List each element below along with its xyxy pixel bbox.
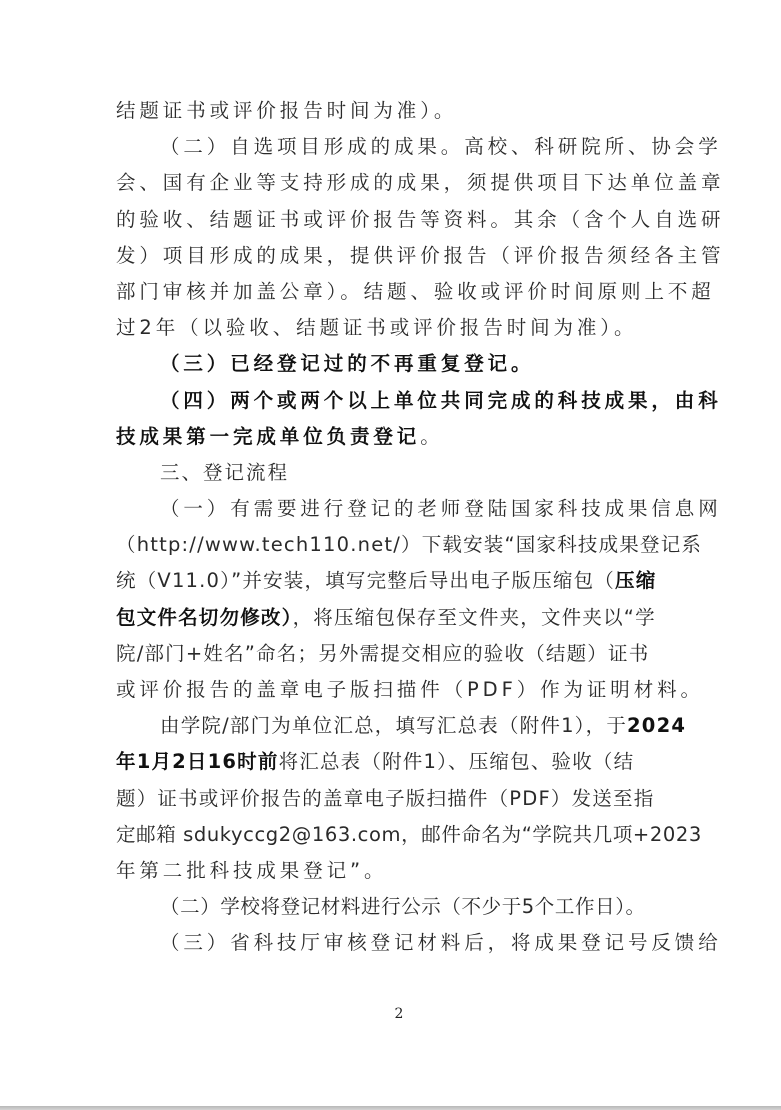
text-run: 部门审核并加盖公章）。结题、验收或评价时间原则上不超 — [116, 280, 715, 303]
document-page: 结题证书或评价报告时间为准）。 （二）自选项目形成的成果。高校、科研院所、协会学… — [0, 0, 781, 1106]
text-run: 将汇总表（附件1）、压缩包、验收（结 — [279, 750, 635, 773]
text-run: 过2年（以验收、结题证书或评价报告时间为准）。 — [116, 316, 637, 339]
paragraph-line: 统（V11.0）”并安装，填写完整后导出电子版压缩包（压缩 — [116, 563, 668, 599]
text-run: （http://www.tech110.net/）下载安装“国家科技成果登记系 — [116, 533, 702, 556]
text-run: 定邮箱 sdukyccg2@163.com，邮件命名为“学院共几项+2023 — [116, 823, 702, 846]
text-run-bold: 压缩 — [615, 569, 656, 592]
text-run: （二）自选项目形成的成果。高校、科研院所、协会学 — [160, 135, 722, 158]
paragraph-line: 年1月2日16时前将汇总表（附件1）、压缩包、验收（结 — [116, 744, 668, 780]
paragraph-line: （二）自选项目形成的成果。高校、科研院所、协会学 — [116, 129, 668, 165]
text-run: 结题证书或评价报告时间为准）。 — [116, 99, 457, 122]
text-run-bold: （四）两个或两个以上单位共同完成的科技成果，由科 — [160, 389, 722, 412]
text-run: 由学院/部门为单位汇总，填写汇总表（附件1），于 — [160, 714, 627, 737]
paragraph-line-bold: （三）已经登记过的不再重复登记。 — [116, 346, 668, 382]
paragraph-line: 院/部门+姓名”命名；另外需提交相应的验收（结题）证书 — [116, 636, 668, 672]
page-bottom-edge — [0, 1106, 781, 1110]
document-body: 结题证书或评价报告时间为准）。 （二）自选项目形成的成果。高校、科研院所、协会学… — [116, 93, 668, 962]
text-run: 的验收、结题证书或评价报告等资料。其余（含个人自选研 — [116, 208, 724, 231]
paragraph-line: 由学院/部门为单位汇总，填写汇总表（附件1），于2024 — [116, 708, 668, 744]
paragraph-line: （http://www.tech110.net/）下载安装“国家科技成果登记系 — [116, 527, 668, 563]
text-run: 会、国有企业等支持形成的成果，须提供项目下达单位盖章 — [116, 171, 724, 194]
text-run: 统（V11.0）”并安装，填写完整后导出电子版压缩包（ — [116, 569, 615, 592]
text-run: （一）有需要进行登记的老师登陆国家科技成果信息网 — [160, 497, 722, 520]
text-run: ，将压缩包保存至文件夹，文件夹以“学 — [293, 606, 656, 629]
text-run: 年第二批科技成果登记”。 — [116, 859, 387, 882]
paragraph-line: （一）有需要进行登记的老师登陆国家科技成果信息网 — [116, 491, 668, 527]
text-run: （二）学校将登记材料进行公示（不少于5个工作日）。 — [160, 895, 646, 918]
paragraph-line: 部门审核并加盖公章）。结题、验收或评价时间原则上不超 — [116, 274, 668, 310]
text-run-bold: 技成果第一完成单位负责登记 — [116, 425, 420, 448]
paragraph-line: 的验收、结题证书或评价报告等资料。其余（含个人自选研 — [116, 202, 668, 238]
text-run: （三）省科技厅审核登记材料后，将成果登记号反馈给 — [160, 931, 722, 954]
paragraph-line: 过2年（以验收、结题证书或评价报告时间为准）。 — [116, 310, 668, 346]
text-run-bold: 包文件名切勿修改） — [116, 606, 293, 629]
paragraph-line: 技成果第一完成单位负责登记。 — [116, 419, 668, 455]
paragraph-line: 会、国有企业等支持形成的成果，须提供项目下达单位盖章 — [116, 165, 668, 201]
text-run: 发）项目形成的成果，提供评价报告（评价报告须经各主管 — [116, 244, 724, 267]
paragraph-line: 或评价报告的盖章电子版扫描件（PDF）作为证明材料。 — [116, 672, 668, 708]
page-number: 2 — [0, 1006, 781, 1022]
paragraph-line: 年第二批科技成果登记”。 — [116, 853, 668, 889]
paragraph-line: 包文件名切勿修改），将压缩包保存至文件夹，文件夹以“学 — [116, 600, 668, 636]
paragraph-line: （二）学校将登记材料进行公示（不少于5个工作日）。 — [116, 889, 668, 925]
paragraph-line: 定邮箱 sdukyccg2@163.com，邮件命名为“学院共几项+2023 — [116, 817, 668, 853]
paragraph-line: （四）两个或两个以上单位共同完成的科技成果，由科 — [116, 383, 668, 419]
paragraph-line: （三）省科技厅审核登记材料后，将成果登记号反馈给 — [116, 925, 668, 961]
text-run-bold: 年1月2日16时前 — [116, 750, 279, 773]
paragraph-line: 题）证书或评价报告的盖章电子版扫描件（PDF）发送至指 — [116, 781, 668, 817]
paragraph-line: 结题证书或评价报告时间为准）。 — [116, 93, 668, 129]
text-run: 院/部门+姓名”命名；另外需提交相应的验收（结题）证书 — [116, 642, 649, 665]
text-run: 。 — [420, 425, 443, 448]
text-run: （三）已经登记过的不再重复登记。 — [160, 352, 534, 375]
text-run: 三、登记流程 — [160, 461, 289, 484]
paragraph-line: 发）项目形成的成果，提供评价报告（评价报告须经各主管 — [116, 238, 668, 274]
text-run: 题）证书或评价报告的盖章电子版扫描件（PDF）发送至指 — [116, 787, 654, 810]
text-run-bold: 2024 — [627, 714, 686, 737]
section-heading: 三、登记流程 — [116, 455, 668, 491]
text-run: 或评价报告的盖章电子版扫描件（PDF）作为证明材料。 — [116, 678, 704, 701]
